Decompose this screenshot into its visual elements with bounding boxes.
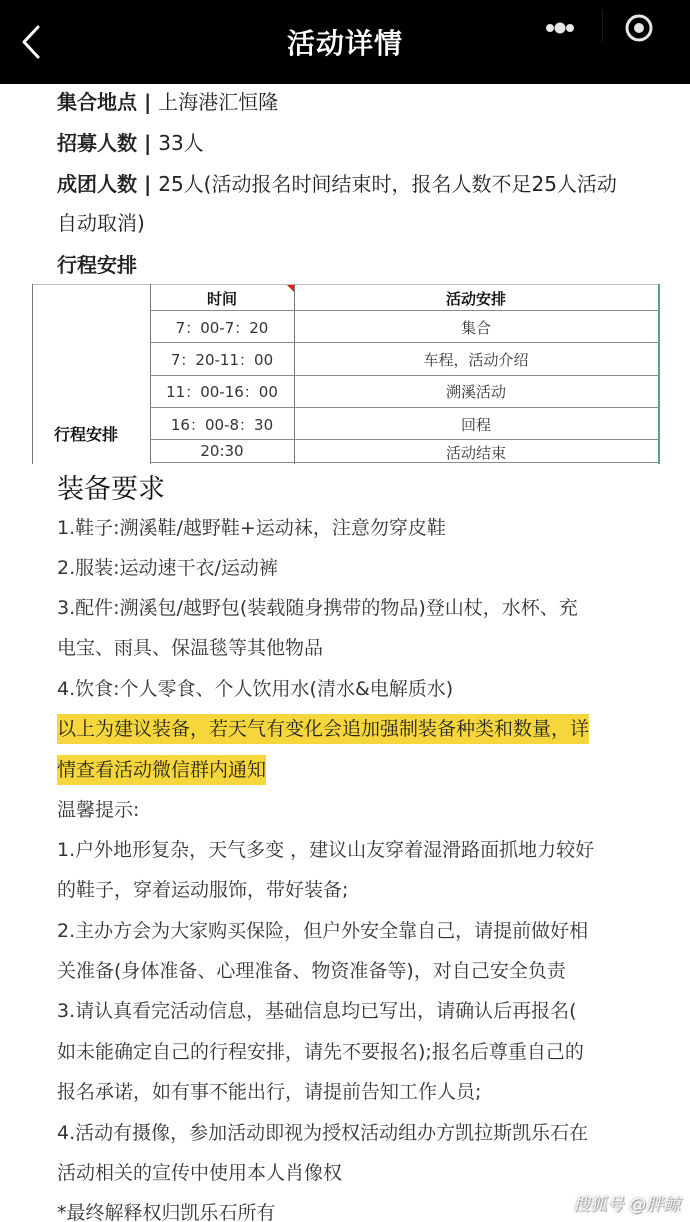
equipment-title: 装备要求 <box>57 472 165 508</box>
highlighted-notice-line: 情查看活动微信群内通知 <box>57 755 266 785</box>
min-group-label: 成团人数 | <box>57 172 158 196</box>
tip-line: 如未能确定自己的行程安排，请先不要报名);报名后尊重自己的 <box>57 1038 584 1066</box>
equipment-item: 1.鞋子:溯溪鞋/越野鞋+运动袜，注意勿穿皮鞋 <box>57 514 446 542</box>
meeting-point-label: 集合地点 | <box>57 90 158 114</box>
table-cell-activity: 活动结束 <box>294 442 658 463</box>
table-row-divider <box>150 439 658 440</box>
tips-title: 温馨提示: <box>57 796 139 824</box>
min-group-value-cont: 自动取消) <box>57 211 145 235</box>
table-border-right <box>658 284 660 464</box>
meeting-point-value: 上海港汇恒隆 <box>158 90 278 114</box>
meeting-point-row: 集合地点 | 上海港汇恒隆 <box>57 88 278 116</box>
capsule-divider <box>602 10 603 42</box>
table-border-top <box>32 284 658 285</box>
table-cell-time: 7：20-11：00 <box>150 349 294 370</box>
tip-line: 的鞋子，穿着运动服饰，带好装备; <box>57 876 348 904</box>
table-header-time: 时间 <box>150 288 294 309</box>
table-cell-time: 20:30 <box>150 442 294 460</box>
equipment-item: 电宝、雨具、保温毯等其他物品 <box>57 634 323 662</box>
table-cell-time: 16：00-8：30 <box>150 414 294 435</box>
equipment-item: 4.饮食:个人零食、个人饮用水(清水&电解质水) <box>57 675 453 703</box>
table-row-divider <box>150 310 658 311</box>
table-border-left <box>32 284 33 464</box>
highlighted-notice-line: 以上为建议装备，若天气有变化会追加强制装备种类和数量，详 <box>57 714 589 744</box>
tip-line: 2.主办方会为大家购买保险，但户外安全靠自己，请提前做好相 <box>57 917 588 945</box>
min-group-row: 成团人数 | 25人(活动报名时间结束时，报名人数不足25人活动 <box>57 170 617 198</box>
tip-line: *最终解释权归凯乐石所有 <box>57 1199 276 1222</box>
recruit-count-value: 33人 <box>158 131 203 155</box>
mini-program-capsule <box>526 4 676 48</box>
table-row-divider <box>150 342 658 343</box>
tip-line: 报名承诺，如有事不能出行，请提前告知工作人员; <box>57 1078 481 1106</box>
recruit-count-row: 招募人数 | 33人 <box>57 129 204 157</box>
table-row-divider <box>150 407 658 408</box>
schedule-table: 时间 活动安排 7：00-7：20 集合 7：20-11：00 车程，活动介绍 … <box>32 284 660 464</box>
min-group-value: 25人(活动报名时间结束时，报名人数不足25人活动 <box>158 172 617 196</box>
table-column-divider <box>150 284 151 464</box>
table-header-activity: 活动安排 <box>294 288 658 309</box>
table-cell-activity: 集合 <box>294 317 658 338</box>
tip-line: 4.活动有摄像，参加活动即视为授权活动组办方凯拉斯凯乐石在 <box>57 1119 588 1147</box>
close-mini-program-button[interactable] <box>604 4 676 48</box>
table-cell-activity: 车程，活动介绍 <box>294 349 658 370</box>
tip-line: 关准备(身体准备、心理准备、物资准备等)，对自己安全负责 <box>57 957 566 985</box>
recruit-count-label: 招募人数 | <box>57 131 158 155</box>
navigation-bar: 活动详情 <box>0 0 690 84</box>
more-dots-icon <box>526 4 601 48</box>
schedule-heading: 行程安排 <box>57 251 137 279</box>
equipment-item: 2.服装:运动速干衣/运动裤 <box>57 554 278 582</box>
table-cell-activity: 回程 <box>294 414 658 435</box>
equipment-item: 3.配件:溯溪包/越野包(装载随身携带的物品)登山杖，水杯、充 <box>57 594 578 622</box>
equipment-notice-cont: 情查看活动微信群内通知 <box>57 756 266 784</box>
table-cell-time: 7：00-7：20 <box>150 317 294 338</box>
table-cell-time: 11：00-16：00 <box>150 381 294 402</box>
more-button[interactable] <box>526 4 601 48</box>
tip-line: 1.户外地形复杂，天气多变 ，建议山友穿着湿滑路面抓地力较好 <box>57 836 594 864</box>
table-cell-activity: 溯溪活动 <box>294 381 658 402</box>
table-side-label: 行程安排 <box>54 422 118 445</box>
min-group-row-cont: 自动取消) <box>57 209 145 237</box>
tip-line: 活动相关的宣传中使用本人肖像权 <box>57 1159 342 1187</box>
table-column-divider <box>294 284 295 464</box>
equipment-notice: 以上为建议装备，若天气有变化会追加强制装备种类和数量，详 <box>57 715 589 743</box>
tip-line: 3.请认真看完活动信息，基础信息均已写出，请确认后再报名( <box>57 997 577 1025</box>
watermark: 搜狐号 @胖鲸 <box>573 1190 680 1215</box>
table-row-divider <box>150 375 658 376</box>
target-circle-icon <box>604 4 676 48</box>
